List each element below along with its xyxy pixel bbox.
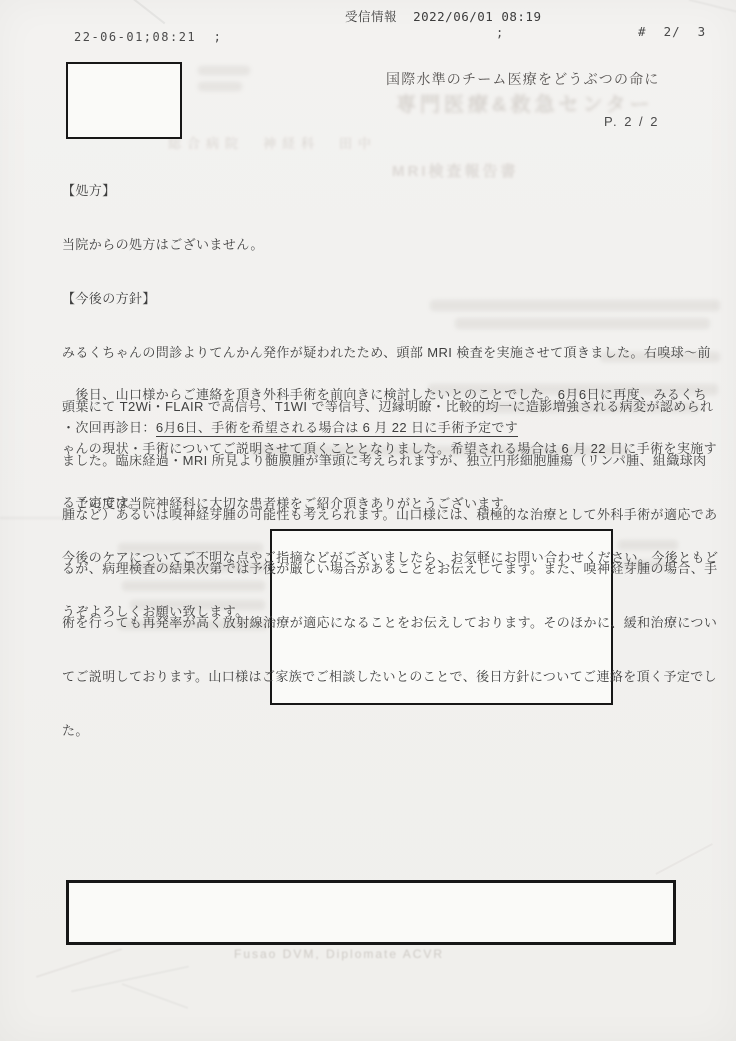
bleedthrough-smudge (198, 82, 242, 91)
closing-line: うぞよろしくお願い致します。 (62, 603, 712, 621)
clinic-slogan: 国際水準のチーム医療をどうぶつの命に (386, 69, 660, 89)
redaction-box-footer (66, 880, 676, 945)
bleedthrough-banner: 専門医療&救急センター (396, 88, 654, 117)
fax-receive-datetime: 2022/06/01 08:19 (413, 9, 541, 24)
next-visit-line: ・次回再診日：6月6日、手術を希望される場合は 6 月 22 日に手術予定です (62, 419, 712, 437)
paper-crease (0, 517, 66, 519)
next-visit-label: ・次回再診日： (62, 420, 156, 435)
paper-crease (122, 983, 188, 1008)
plan-line: た。 (62, 722, 712, 740)
letter-body-closing: この度は当院神経科に大切な患者様をご紹介頂きありがとうございます。 今後のケアに… (62, 459, 712, 657)
spacer (397, 9, 413, 24)
paper-crease (36, 948, 122, 977)
fax-sender-timestamp: 22-06-01;08:21 ; (74, 30, 222, 44)
prescription-text: 当院からの処方はございません。 (62, 236, 712, 254)
paper-crease (71, 966, 189, 992)
next-visit-value-underlined: 6月6日、手術を希望される場合は 6 月 22 日に手術予定です (156, 420, 518, 437)
paper-crease (655, 843, 712, 874)
bleedthrough-smudge (198, 66, 250, 75)
redaction-box-clinic-logo (66, 62, 182, 139)
paper-crease (689, 0, 736, 15)
scanned-fax-page: 専門医療&救急センター 総合病院 神経科 田中 MRI検査報告書 Fusao D… (0, 0, 736, 1041)
closing-line: 今後のケアについてご不明な点やご指摘などがございましたら、お気軽にお問い合わせく… (62, 549, 712, 567)
fax-semicolon-mark: ; (496, 26, 503, 40)
followup-line: 後日、山口様からご連絡を頂き外科手術を前向きに検討したいとのことでした。6月6日… (62, 386, 712, 404)
section-heading-plan: 【今後の方針】 (62, 290, 712, 308)
plan-line: てご説明しております。山口様はご家族でご相談したいとのことで、後日方針についてご… (62, 668, 712, 686)
fax-receive-label: 受信情報 (345, 9, 397, 24)
bleedthrough-signature: Fusao DVM, Diplomate ACVR (234, 947, 444, 961)
page-indicator: P. 2 / 2 (604, 114, 660, 129)
fax-page-counter: # 2/ 3 (638, 24, 706, 39)
closing-line: この度は当院神経科に大切な患者様をご紹介頂きありがとうございます。 (62, 495, 712, 513)
paper-crease (97, 0, 166, 24)
followup-line: ゃんの現状・手術についてご説明させて頂くこととなりました。希望される場合は 6 … (62, 440, 712, 458)
fax-receive-info: 受信情報 2022/06/01 08:19 (345, 7, 542, 25)
section-heading-prescription: 【処方】 (62, 182, 712, 200)
